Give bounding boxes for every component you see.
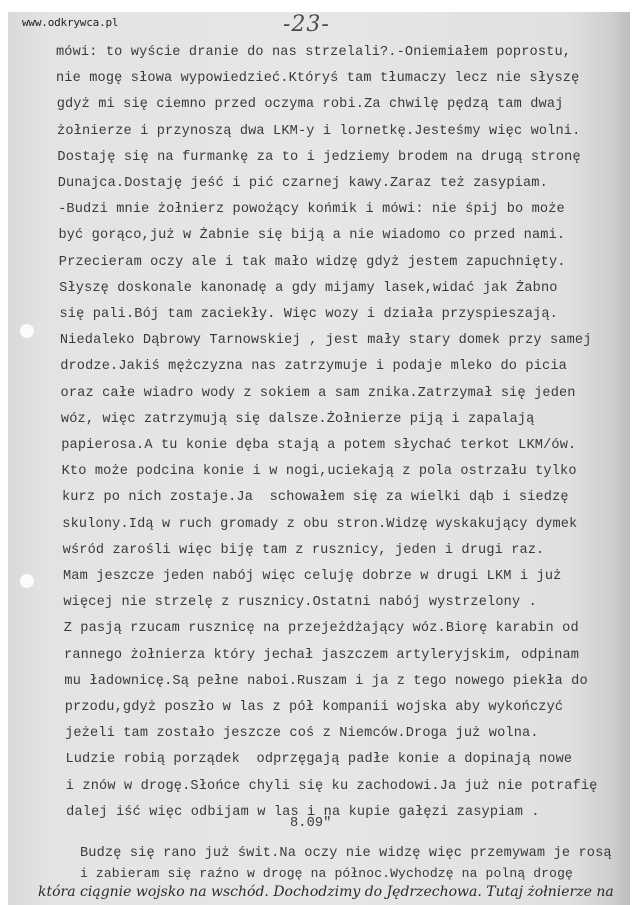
typed-line: Słyszę doskonale kanonadę a gdy mijamy l… bbox=[59, 281, 557, 296]
typed-line: Mam jeszcze jeden nabój więc celuję dobr… bbox=[63, 569, 561, 584]
typed-line: mu ładownicę.Są pełne naboi.Ruszam i ja … bbox=[64, 674, 587, 689]
typed-line: oraz całe wiadro wody z sokiem a sam zni… bbox=[61, 386, 576, 401]
typed-line: kurz po nich zostaje.Ja schowałem się za… bbox=[62, 490, 569, 505]
typed-line: skulony.Idą w ruch gromady z obu stron.W… bbox=[62, 517, 577, 532]
date-marker: 8.09" bbox=[290, 816, 332, 831]
typed-line: rannego żołnierza który jechał jaszczem … bbox=[64, 648, 579, 663]
closing-line: i zabieram się raźno w drogę na północ.W… bbox=[80, 866, 573, 881]
typed-line: jeżeli tam zostało jeszcze coś z Niemców… bbox=[65, 726, 539, 741]
typed-line: być gorąco,już w Żabnie się biją a nie w… bbox=[58, 228, 565, 243]
page-number: -23- bbox=[283, 12, 330, 37]
typed-line: żołnierze i przynoszą dwa LKM-y i lornet… bbox=[57, 124, 580, 139]
punch-hole bbox=[20, 324, 34, 338]
typewritten-page bbox=[8, 12, 630, 905]
typed-line: nie mogę słowa wypowiedzieć.Któryś tam t… bbox=[56, 71, 579, 86]
typed-line: -Budzi mnie żołnierz powożący końmik i m… bbox=[58, 202, 565, 217]
typed-line: mówi: to wyście dranie do nas strzelali?… bbox=[56, 45, 571, 60]
typed-line: papierosa.A tu konie dęba stają a potem … bbox=[61, 438, 576, 453]
typed-line: drodze.Jakiś mężczyzna nas zatrzymuje i … bbox=[60, 359, 567, 374]
handwritten-note: która ciągnie wojsko na wschód. Dochodzi… bbox=[38, 884, 614, 900]
typed-line: Niedaleko Dąbrowy Tarnowskiej , jest mał… bbox=[60, 333, 592, 348]
punch-hole bbox=[20, 574, 34, 588]
watermark: www.odkrywca.pl bbox=[22, 16, 118, 29]
typed-line: się pali.Bój tam zaciekły. Więc wozy i d… bbox=[60, 307, 558, 322]
closing-line: Budzę się rano już świt.Na oczy nie widz… bbox=[80, 846, 612, 861]
typed-line: gdyż mi się ciemno przed oczyma robi.Za … bbox=[57, 97, 564, 112]
typed-line: Dunajca.Dostaję jeść i pić czarnej kawy.… bbox=[58, 176, 548, 191]
typed-line: i znów w drogę.Słońce chyli się ku zacho… bbox=[66, 779, 598, 794]
typed-line: wśród zarośli więc biję tam z rusznicy, … bbox=[63, 543, 545, 558]
typed-line: więcej nie strzelę z rusznicy.Ostatni na… bbox=[63, 595, 537, 610]
typed-line: Kto może podcina konie i w nogi,uciekają… bbox=[62, 464, 577, 479]
typed-line: Z pasją rzucam rusznicę na przejeżdżając… bbox=[64, 621, 579, 636]
typed-line: Dostaję się na furmankę za to i jedziemy… bbox=[57, 150, 580, 165]
typed-line: Przecieram oczy ale i tak mało widzę gdy… bbox=[59, 255, 566, 270]
typed-line: przodu,gdyż poszło w las z pół kompanii … bbox=[65, 700, 563, 715]
typed-line: wóz, więc zatrzymują się dalsze.Żołnierz… bbox=[61, 412, 535, 427]
typed-line: Ludzie robią porządek odprzęgają padłe k… bbox=[65, 752, 572, 767]
